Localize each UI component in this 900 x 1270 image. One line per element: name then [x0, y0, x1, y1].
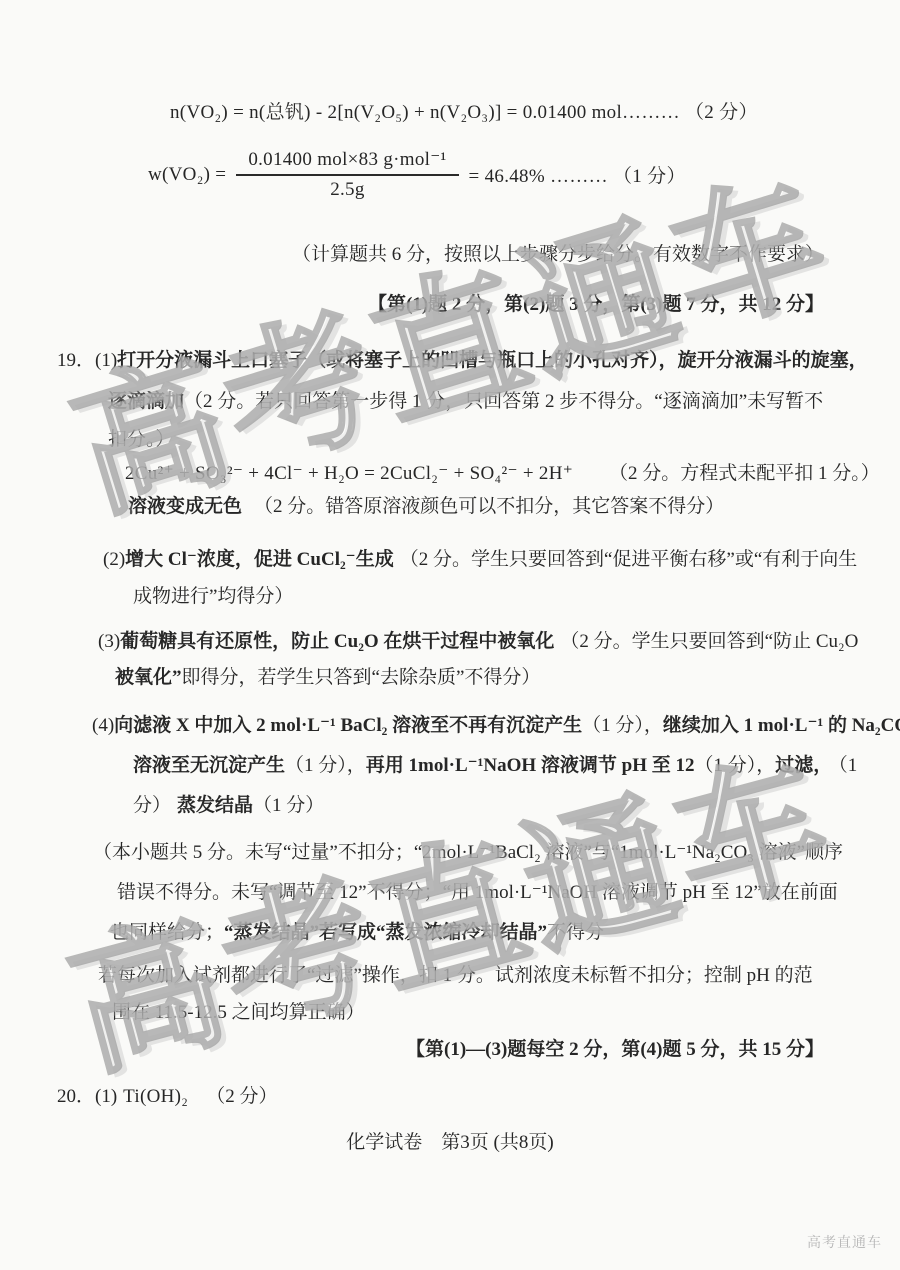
q19-part3-line2: 被氧化”即得分，若学生只答到“去除杂质”不得分）	[115, 665, 540, 691]
q19-part2-line2: 成物进行”均得分）	[133, 584, 293, 610]
q19-part2-line1: (2)增大 Cl⁻浓度，促进 CuCl₂⁻生成（2 分。学生只要回答到“促进平衡…	[103, 547, 857, 573]
calc-grading-note: （计算题共 6 分，按照以上步骤分步给分。有效数字不作要求）	[292, 242, 824, 268]
ionic-equation: 2Cu²⁺ + SO₃²⁻ + 4Cl⁻ + H₂O = 2CuCl₂⁻ + S…	[125, 463, 573, 484]
q19-part4-note-line5: 围在 11.5-12.5 之间均算正确）	[112, 1000, 365, 1026]
q19-part4-line1: (4)向滤液 X 中加入 2 mol·L⁻¹ BaCl₂ 溶液至不再有沉淀产生（…	[92, 713, 900, 739]
formula-w-vo2-rhs: = 46.48% ……… （1 分）	[469, 161, 686, 188]
q19-part3-line1: (3)葡萄糖具有还原性，防止 Cu₂O 在烘干过程中被氧化（2 分。学生只要回答…	[98, 629, 858, 655]
q19-part1-line1: 19．(1)打开分液漏斗上口塞子（或将塞子上的凹槽与瓶口上的小孔对齐），旋开分液…	[57, 348, 868, 374]
page-footer: 化学试卷 第3页 (共8页)	[0, 1130, 900, 1156]
q19-part1-line3: 扣分。）	[108, 427, 175, 453]
q19-part1-line2: 逐滴滴加（2 分。若只回答第一步得 1 分，只回答第 2 步不得分。“逐滴滴加”…	[108, 389, 823, 415]
q19-part4-note-line3: 也同样给分；“蒸发结晶”若写成“蒸发浓缩冷却结晶”不得分	[110, 920, 604, 946]
q20-answer-formula: Ti(OH)₂	[123, 1086, 188, 1107]
q18-score-summary: 【第(1)题 2 分，第(2)题 3 分，第(3)题 7 分，共 12 分】	[368, 292, 824, 318]
q20-line1: 20．(1)Ti(OH)₂（2 分）	[57, 1084, 277, 1110]
q19-part1-line5: 溶液变成无色（2 分。错答原溶液颜色可以不扣分，其它答案不得分）	[128, 494, 724, 520]
q19-part4-note-line2: 错误不得分。未写“调节至 12”不得分；“用 1mol·L⁻¹NaOH 溶液调节…	[117, 880, 838, 906]
fraction: 0.01400 mol×83 g·mol⁻¹ 2.5g	[236, 148, 458, 201]
q19-part4-note-line1: （本小题共 5 分。未写“过量”不扣分；“2mol·L⁻¹BaCl₂ 溶液”与“…	[93, 840, 843, 866]
exam-answer-page: { "page": { "footer": "化学试卷 第3页 (共8页)", …	[0, 0, 900, 1270]
formula-w-vo2-lhs: w(VO₂) =	[148, 164, 226, 186]
q19-part4-line2: 溶液至无沉淀产生（1 分），再用 1mol·L⁻¹NaOH 溶液调节 pH 至 …	[133, 753, 857, 779]
q19-number: 19．(1)	[57, 350, 117, 371]
q19-part4-line3: 分）蒸发结晶（1 分）	[133, 793, 324, 819]
fraction-denominator: 2.5g	[330, 176, 364, 201]
q19-part4-note-line4: 若每次加入试剂都进行了“过滤”操作，扣 1 分。试剂浓度未标暂不扣分；控制 pH…	[98, 963, 813, 989]
q20-number: 20．(1)	[57, 1086, 117, 1107]
q19-ionic-equation: 2Cu²⁺ + SO₃²⁻ + 4Cl⁻ + H₂O = 2CuCl₂⁻ + S…	[125, 461, 880, 487]
fraction-numerator: 0.01400 mol×83 g·mol⁻¹	[236, 148, 458, 176]
brand-watermark-corner: 高考直通车	[807, 1232, 882, 1252]
formula-w-vo2: w(VO₂) = 0.01400 mol×83 g·mol⁻¹ 2.5g = 4…	[148, 148, 686, 201]
q19-score-summary: 【第(1)—(3)题每空 2 分，第(4)题 5 分，共 15 分】	[406, 1037, 824, 1063]
formula-n-vo2: n(VO₂) = n(总钒) - 2[n(V₂O₅) + n(V₂O₃)] = …	[170, 100, 758, 126]
